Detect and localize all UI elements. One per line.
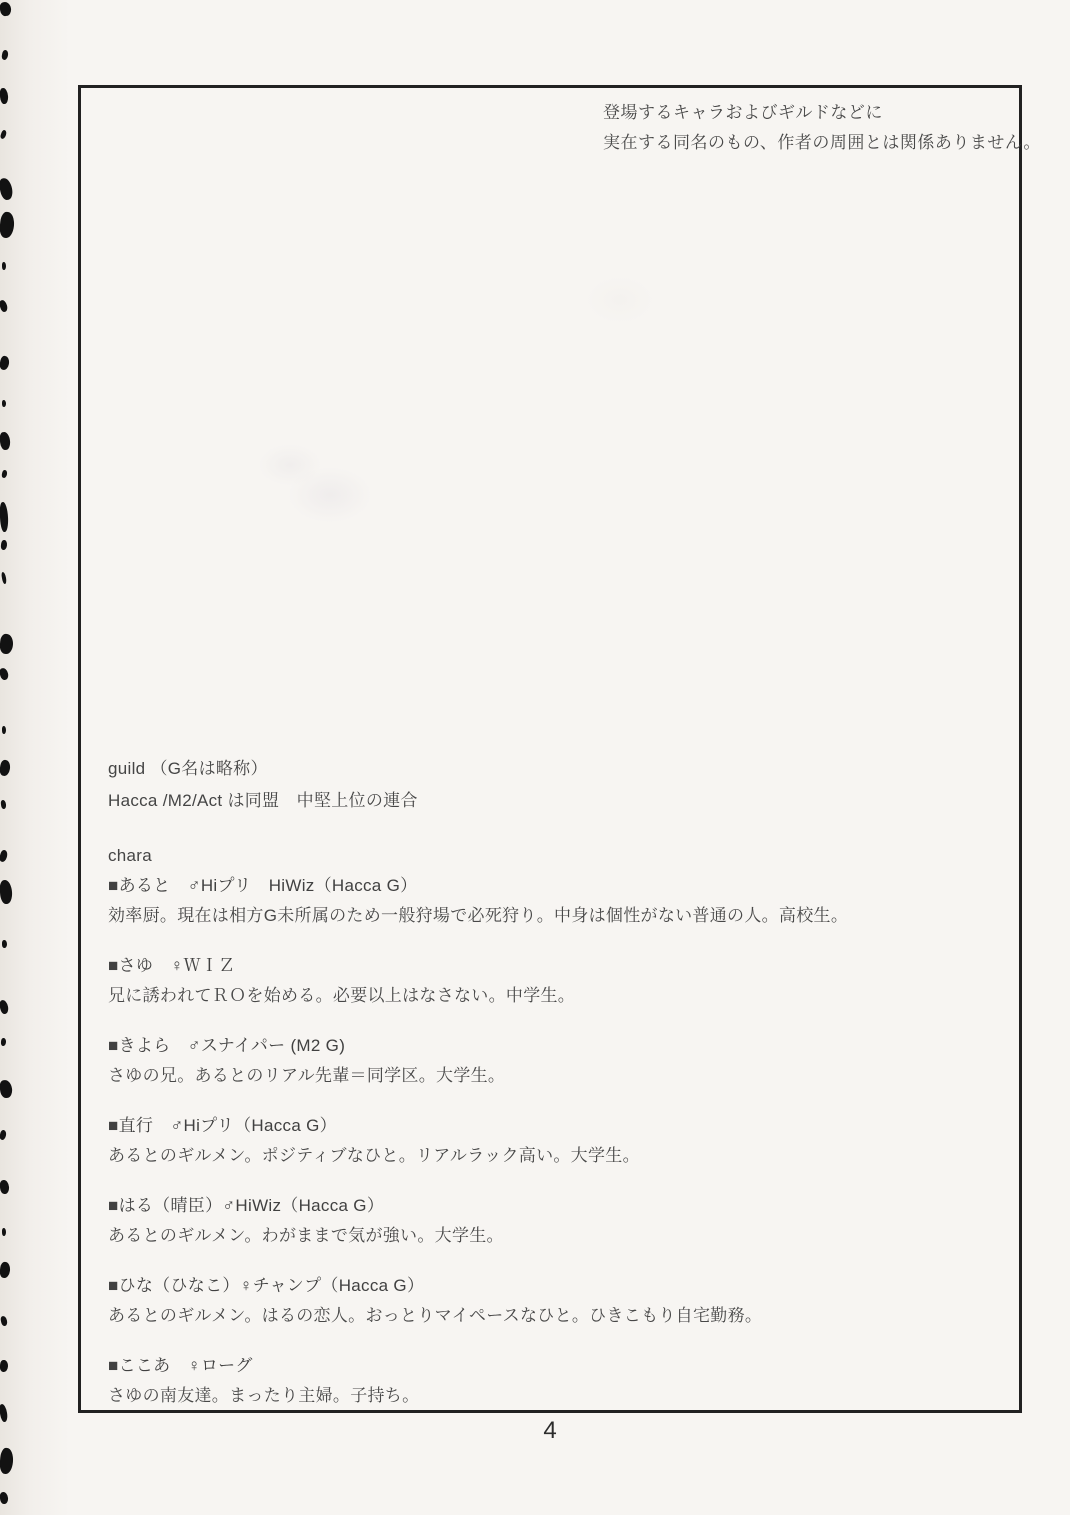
binding-mark xyxy=(0,432,11,451)
binding-mark xyxy=(0,1180,10,1195)
binding-mark xyxy=(0,1079,13,1098)
binding-mark xyxy=(0,1404,8,1423)
binding-mark xyxy=(0,1129,7,1140)
binding-mark xyxy=(2,400,6,407)
disclaimer-line-1: 登場するキャラおよびギルドなどに xyxy=(603,98,1041,128)
page-number: 4 xyxy=(78,1417,1022,1445)
binding-mark xyxy=(0,759,11,776)
binding-mark xyxy=(2,1228,6,1236)
guild-heading: guild （G名は略称） xyxy=(108,753,848,785)
binding-mark xyxy=(0,800,6,810)
disclaimer-line-2: 実在する同名のもの、作者の周囲とは関係ありません。 xyxy=(603,128,1041,158)
binding-mark xyxy=(0,849,9,862)
character-name: ■あると ♂Hiプリ HiWiz（Hacca G） xyxy=(108,871,848,901)
character-entry-haru: ■はる（晴臣）♂HiWiz（Hacca G） あるとのギルメン。わがままで気が強… xyxy=(108,1191,848,1251)
binding-mark xyxy=(0,299,8,312)
binding-edge xyxy=(0,0,30,1515)
binding-mark xyxy=(0,540,7,551)
binding-mark xyxy=(2,940,7,948)
binding-mark xyxy=(0,1447,14,1474)
guild-section: guild （G名は略称） Hacca /M2/Act は同盟 中堅上位の連合 xyxy=(108,753,848,817)
binding-mark xyxy=(0,211,15,238)
character-description: さゆの兄。あるとのリアル先輩＝同学区。大学生。 xyxy=(108,1061,848,1091)
character-entry-hina: ■ひな（ひなこ）♀チャンプ（Hacca G） あるとのギルメン。はるの恋人。おっ… xyxy=(108,1271,848,1331)
character-name: ■直行 ♂Hiプリ（Hacca G） xyxy=(108,1111,848,1141)
guild-note: Hacca /M2/Act は同盟 中堅上位の連合 xyxy=(108,785,848,817)
binding-mark xyxy=(0,667,9,681)
binding-mark xyxy=(0,880,13,905)
page-border-box: 登場するキャラおよびギルドなどに 実在する同名のもの、作者の周囲とは関係ありませ… xyxy=(78,85,1022,1413)
character-list: guild （G名は略称） Hacca /M2/Act は同盟 中堅上位の連合 … xyxy=(108,753,848,1431)
binding-mark xyxy=(0,177,14,201)
binding-mark xyxy=(0,88,9,105)
binding-mark xyxy=(0,1315,8,1326)
binding-mark xyxy=(2,262,6,270)
binding-mark xyxy=(0,1,12,16)
binding-mark xyxy=(0,355,10,370)
character-description: 兄に誘われてＲＯを始める。必要以上はなさない。中学生。 xyxy=(108,981,848,1011)
character-description: あるとのギルメン。わがままで気が強い。大学生。 xyxy=(108,1221,848,1251)
character-entry-aruto: ■あると ♂Hiプリ HiWiz（Hacca G） 効率厨。現在は相方G未所属の… xyxy=(108,871,848,931)
binding-mark xyxy=(0,1261,11,1278)
binding-mark xyxy=(0,129,7,139)
scanned-page: 登場するキャラおよびギルドなどに 実在する同名のもの、作者の周囲とは関係ありませ… xyxy=(0,0,1070,1515)
character-name: ■はる（晴臣）♂HiWiz（Hacca G） xyxy=(108,1191,848,1221)
character-entry-naoyuki: ■直行 ♂Hiプリ（Hacca G） あるとのギルメン。ポジティブなひと。リアル… xyxy=(108,1111,848,1171)
binding-mark xyxy=(0,999,9,1014)
character-entry-sayu: ■さゆ ♀ＷＩＺ 兄に誘われてＲＯを始める。必要以上はなさない。中学生。 xyxy=(108,951,848,1011)
disclaimer-text: 登場するキャラおよびギルドなどに 実在する同名のもの、作者の周囲とは関係ありませ… xyxy=(603,98,1041,158)
character-description: あるとのギルメン。ポジティブなひと。リアルラック高い。大学生。 xyxy=(108,1141,848,1171)
chara-heading: chara xyxy=(108,841,848,871)
binding-mark xyxy=(0,1360,8,1373)
binding-mark xyxy=(1,572,7,585)
character-name: ■ひな（ひなこ）♀チャンプ（Hacca G） xyxy=(108,1271,848,1301)
binding-mark xyxy=(0,633,14,654)
binding-mark xyxy=(1,49,9,60)
character-description: さゆの南友達。まったり主婦。子持ち。 xyxy=(108,1381,848,1411)
character-description: あるとのギルメン。はるの恋人。おっとりマイペースなひと。ひきこもり自宅勤務。 xyxy=(108,1301,848,1331)
binding-mark xyxy=(1,1038,7,1046)
character-description: 効率厨。現在は相方G未所属のため一般狩場で必死狩り。中身は個性がない普通の人。高… xyxy=(108,901,848,931)
binding-mark xyxy=(0,502,9,532)
binding-mark xyxy=(1,470,8,479)
character-name: ■きよら ♂スナイパー (M2 G) xyxy=(108,1031,848,1061)
character-name: ■ここあ ♀ローグ xyxy=(108,1351,848,1381)
binding-mark xyxy=(0,1492,9,1505)
character-entry-kiyora: ■きよら ♂スナイパー (M2 G) さゆの兄。あるとのリアル先輩＝同学区。大学… xyxy=(108,1031,848,1091)
character-name: ■さゆ ♀ＷＩＺ xyxy=(108,951,848,981)
character-entry-kokoa: ■ここあ ♀ローグ さゆの南友達。まったり主婦。子持ち。 xyxy=(108,1351,848,1411)
binding-mark xyxy=(2,726,6,734)
